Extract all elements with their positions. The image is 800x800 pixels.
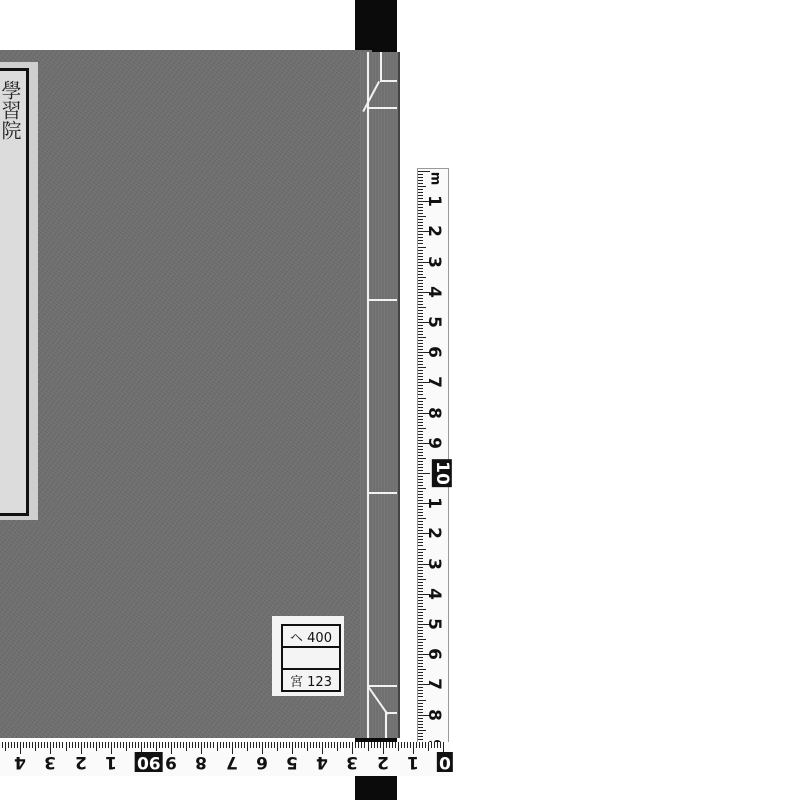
ruler-tick [418,268,423,269]
ruler-tick [410,742,411,748]
ruler-tick [241,742,242,748]
ruler-tick [418,482,423,483]
ruler-tick [301,742,302,748]
ruler-tick [418,545,423,546]
ruler-tick [418,639,426,640]
ruler-tick [418,186,426,187]
ruler-tick [418,506,423,507]
ruler-tick [274,742,275,748]
ruler-label: 3 [424,256,444,268]
ruler-tick [418,346,423,347]
ruler-tick [418,361,423,362]
ruler-tick [418,364,423,365]
ruler-tick [253,742,254,748]
ruler-label: 9 [424,437,444,449]
ruler-tick [250,742,251,748]
ruler-tick [135,742,136,748]
ruler-tick [96,742,97,751]
ruler-tick [418,669,426,670]
ruler-label: 2 [75,752,87,772]
ruler-tick [26,742,27,748]
ruler-tick [418,579,426,580]
ruler-tick [238,742,239,748]
ruler-tick [364,742,365,748]
ruler-tick [307,742,308,751]
ruler-label: 3 [424,558,444,570]
ruler-tick [271,742,272,748]
ruler-tick [418,681,423,682]
ruler-tick [90,742,91,748]
ruler-tick [418,693,423,694]
ruler-tick [418,228,423,229]
ruler-label: 1 [424,195,444,207]
ruler-label: 5 [424,618,444,630]
ruler-tick [346,742,347,748]
title-text: 學習院 [2,80,26,140]
ruler-tick [418,648,423,649]
ruler-tick [418,250,423,251]
ruler-tick [418,222,423,223]
ruler-tick [8,742,9,748]
ruler-label: 90 [135,752,163,772]
ruler-tick [418,536,423,537]
ruler-tick [355,742,356,748]
ruler-tick [418,558,423,559]
ruler-tick [418,539,423,540]
ruler-tick [368,742,369,751]
ruler-tick [418,189,423,190]
ruler-tick [418,243,423,244]
ruler-tick [235,742,236,748]
ruler-tick [11,742,12,748]
ruler-tick [418,310,423,311]
ruler-tick [418,706,423,707]
ruler-tick [418,265,423,266]
ruler-tick [418,404,423,405]
ruler-tick [418,425,423,426]
ruler-tick [114,742,115,748]
ruler-tick [418,657,423,658]
ruler-tick [395,742,396,748]
ruler-tick [41,742,42,748]
ruler-tick [102,742,103,748]
ruler-tick [229,742,230,748]
ruler-label: 6 [256,752,268,772]
ruler-tick [418,446,423,447]
ruler-tick [174,742,175,748]
ruler-tick [418,298,423,299]
ruler-tick [418,609,426,610]
ruler-tick [418,612,423,613]
ruler-tick [265,742,266,748]
ruler-tick [418,479,423,480]
ruler-tick [418,388,423,389]
ruler-tick [418,521,423,522]
ruler-tick [418,606,423,607]
ruler-label: 3 [44,752,56,772]
ruler-tick [434,742,435,748]
ruler-tick [186,742,187,751]
ruler-tick [418,530,423,531]
ruler-tick [226,742,227,748]
ruler-tick [93,742,94,748]
ruler-label: 2 [424,225,444,237]
ruler-tick [407,742,408,748]
ruler-tick [313,742,314,748]
ruler-tick [418,464,423,465]
ruler-tick [418,591,423,592]
ruler-tick [78,742,79,748]
ruler-label: 5 [286,752,298,772]
ruler-tick [165,742,166,748]
ruler-tick [416,742,417,748]
ruler-tick [418,518,426,519]
ruler-tick [304,742,305,748]
binding-thread-h4 [367,492,397,494]
ruler-tick [198,742,199,748]
ruler-tick [418,576,423,577]
ruler-tick [418,470,423,471]
ruler-tick [418,204,423,205]
ruler-tick [418,219,423,220]
ruler-tick [418,549,426,550]
ruler-tick [53,742,54,748]
ruler-tick [418,195,423,196]
binding-thread-h1 [380,80,397,82]
ruler-tick [418,225,423,226]
ruler-label: 4 [424,588,444,600]
ruler-tick [418,527,423,528]
ruler-tick [389,742,390,748]
ruler-tick [418,286,423,287]
ruler-tick [398,742,399,751]
ruler-tick [418,491,423,492]
ruler-tick [418,207,423,208]
ruler-tick [105,742,106,748]
ruler-tick [123,742,124,748]
ruler-tick [418,304,423,305]
ruler-tick [334,742,335,748]
ruler-tick [418,237,423,238]
ruler-tick [244,742,245,748]
ruler-tick [418,337,426,338]
ruler-tick [374,742,375,748]
ruler-tick [418,253,423,254]
ruler-tick [418,295,423,296]
ruler-tick [418,709,423,710]
ruler-label: 3 [346,752,358,772]
ruler-tick [386,742,387,748]
ruler-label: 2 [377,752,389,772]
ruler-tick [418,690,423,691]
ruler-tick [418,259,423,260]
ruler-tick [99,742,100,748]
ruler-tick [418,394,423,395]
ruler-tick [418,455,423,456]
ruler-tick [144,742,145,748]
ruler-tick [418,515,423,516]
ruler-tick [418,582,423,583]
ruler-tick [108,742,109,748]
ruler-tick [418,192,423,193]
ruler-tick [418,497,423,498]
ruler-tick [418,434,423,435]
ruler-tick [418,588,423,589]
ruler-tick [159,742,160,748]
ruler-tick [331,742,332,748]
ruler-label: 4 [14,752,26,772]
ruler-tick [418,618,423,619]
ruler-tick [349,742,350,748]
ruler-tick [295,742,296,748]
ruler-tick [418,216,426,217]
ruler-tick [35,742,36,751]
ruler-tick [418,452,423,453]
ruler-tick [418,373,423,374]
ruler-tick [259,742,260,748]
ruler-tick [213,742,214,748]
ruler-tick [325,742,326,748]
ruler-tick [404,742,405,748]
ruler-tick [418,358,423,359]
ruler-tick [256,742,257,748]
ruler-tick [418,700,426,701]
ruler-tick [44,742,45,748]
ruler-tick [340,742,341,748]
ruler-tick [418,666,423,667]
ruler-tick [418,552,423,553]
ruler-tick [418,277,426,278]
binding-thread-h2 [367,107,397,109]
ruler-tick [277,742,278,751]
ruler-tick [75,742,76,748]
binding-thread-top [380,52,382,82]
ruler-tick [418,645,423,646]
ruler-tick [392,742,393,748]
ruler-tick [418,621,423,622]
ruler-label: 10 [432,459,452,487]
library-label-box: ヘ 400 宮 123 [281,624,341,692]
ruler-tick [418,280,423,281]
ruler-tick [418,234,423,235]
ruler-tick [32,742,33,748]
ruler-tick [418,301,423,302]
ruler-tick [126,742,127,751]
ruler-tick [418,570,423,571]
ruler-tick [418,416,423,417]
ruler-tick [59,742,60,748]
ruler-tick [418,512,423,513]
ruler-tick [437,742,438,748]
ruler-tick [418,494,423,495]
ruler-tick [418,370,423,371]
label-row-call-number: ヘ 400 [283,626,339,648]
ruler-tick [418,283,423,284]
ruler-tick [418,340,423,341]
ruler-tick [418,391,423,392]
ruler-tick [418,542,423,543]
ruler-tick [47,742,48,748]
ruler-label: 6 [424,648,444,660]
ruler-tick [418,328,423,329]
ruler-tick [431,742,432,748]
ruler-tick [418,500,423,501]
scanner-black-bar-top [355,0,397,52]
ruler-tick [418,597,423,598]
ruler-tick [428,742,429,751]
ruler-tick [418,210,423,211]
ruler-tick [418,524,423,525]
ruler-tick [120,742,121,748]
ruler-tick [310,742,311,748]
ruler-tick [418,343,423,344]
ruler-tick [418,473,430,474]
ruler-tick [418,721,423,722]
ruler-tick [418,712,423,713]
ruler-tick [418,431,423,432]
ruler-tick [337,742,338,751]
ruler-tick [5,742,6,751]
ruler-tick [29,742,30,748]
ruler-tick [361,742,362,748]
ruler-tick [371,742,372,748]
ruler-tick [286,742,287,748]
ruler-tick [207,742,208,748]
ruler-tick [418,183,423,184]
binding-thread-h5 [367,685,397,687]
ruler-label: 1 [424,497,444,509]
ruler-tick [425,742,426,748]
ruler-tick [418,274,423,275]
ruler-tick [418,696,423,697]
ruler-label: 1 [407,752,419,772]
ruler-label: 6 [424,346,444,358]
ruler-tick [418,458,426,459]
ruler-tick [23,742,24,748]
ruler-tick [418,247,426,248]
ruler-tick [418,733,423,734]
binding-thread-h3 [367,299,397,301]
ruler-tick [418,718,423,719]
ruler-tick [298,742,299,748]
ruler-tick [422,742,423,748]
ruler-tick [69,742,70,748]
ruler-tick [418,256,423,257]
ruler-tick [418,271,423,272]
ruler-tick [138,742,139,748]
ruler-tick [418,198,423,199]
ruler-tick [418,313,423,314]
ruler-tick [418,401,423,402]
ruler-tick [56,742,57,748]
ruler-tick [418,509,423,510]
ruler-tick [168,742,169,748]
label-row-blank [283,648,339,670]
ruler-tick [66,742,67,751]
ruler-tick [418,739,423,740]
label-row-id: 宮 123 [283,670,339,690]
ruler-tick [401,742,402,748]
ruler-tick [419,742,420,748]
ruler-tick [418,672,423,673]
ruler-tick [204,742,205,748]
ruler-tick [129,742,130,748]
ruler-tick [177,742,178,748]
ruler-tick [220,742,221,748]
ruler-tick [418,603,423,604]
ruler-tick [14,742,15,748]
ruler-tick [418,660,423,661]
ruler-tick [418,240,423,241]
ruler-label: 7 [226,752,238,772]
ruler-tick [418,561,423,562]
ruler-tick [17,742,18,748]
ruler-label: 2 [424,527,444,539]
ruler-tick [418,410,423,411]
ruler-label: 0 [437,752,453,772]
ruler-tick [418,428,426,429]
ruler-tick [418,407,423,408]
ruler-tick [418,367,426,368]
ruler-tick [418,334,423,335]
ruler-label: 4 [424,286,444,298]
ruler-tick [87,742,88,748]
ruler-tick [418,461,423,462]
ruler-tick [418,440,423,441]
ruler-tick [223,742,224,748]
ruler-tick [418,355,423,356]
ruler-tick [418,289,423,290]
ruler-tick [38,742,39,748]
ruler-marker: m [427,172,442,186]
ruler-tick [210,742,211,748]
ruler-tick [418,476,423,477]
ruler-tick [418,174,423,175]
ruler-tick [418,177,423,178]
ruler-tick [418,488,426,489]
ruler-tick [283,742,284,748]
ruler-tick [418,636,423,637]
ruler-tick [440,742,441,748]
ruler-tick [62,742,63,748]
ruler-label: 5 [424,316,444,328]
ruler-tick [189,742,190,748]
ruler-tick [217,742,218,751]
ruler-tick [192,742,193,748]
ruler-tick [418,180,423,181]
ruler-tick [418,627,423,628]
ruler-tick [268,742,269,748]
ruler-tick [418,678,423,679]
ruler-tick [418,398,426,399]
ruler-tick [328,742,329,748]
ruler-tick [418,213,423,214]
ruler-tick [418,467,423,468]
ruler-label: 8 [195,752,207,772]
horizontal-scale-ruler: 0123456789901234 [0,742,450,776]
book-spine [360,52,400,738]
ruler-tick [418,724,423,725]
ruler-tick [418,567,423,568]
ruler-tick [380,742,381,748]
ruler-label: 8 [424,709,444,721]
ruler-tick [150,742,151,748]
ruler-tick [117,742,118,748]
ruler-label: 7 [424,376,444,388]
ruler-tick [418,651,423,652]
ruler-tick [153,742,154,748]
ruler-tick [418,379,423,380]
